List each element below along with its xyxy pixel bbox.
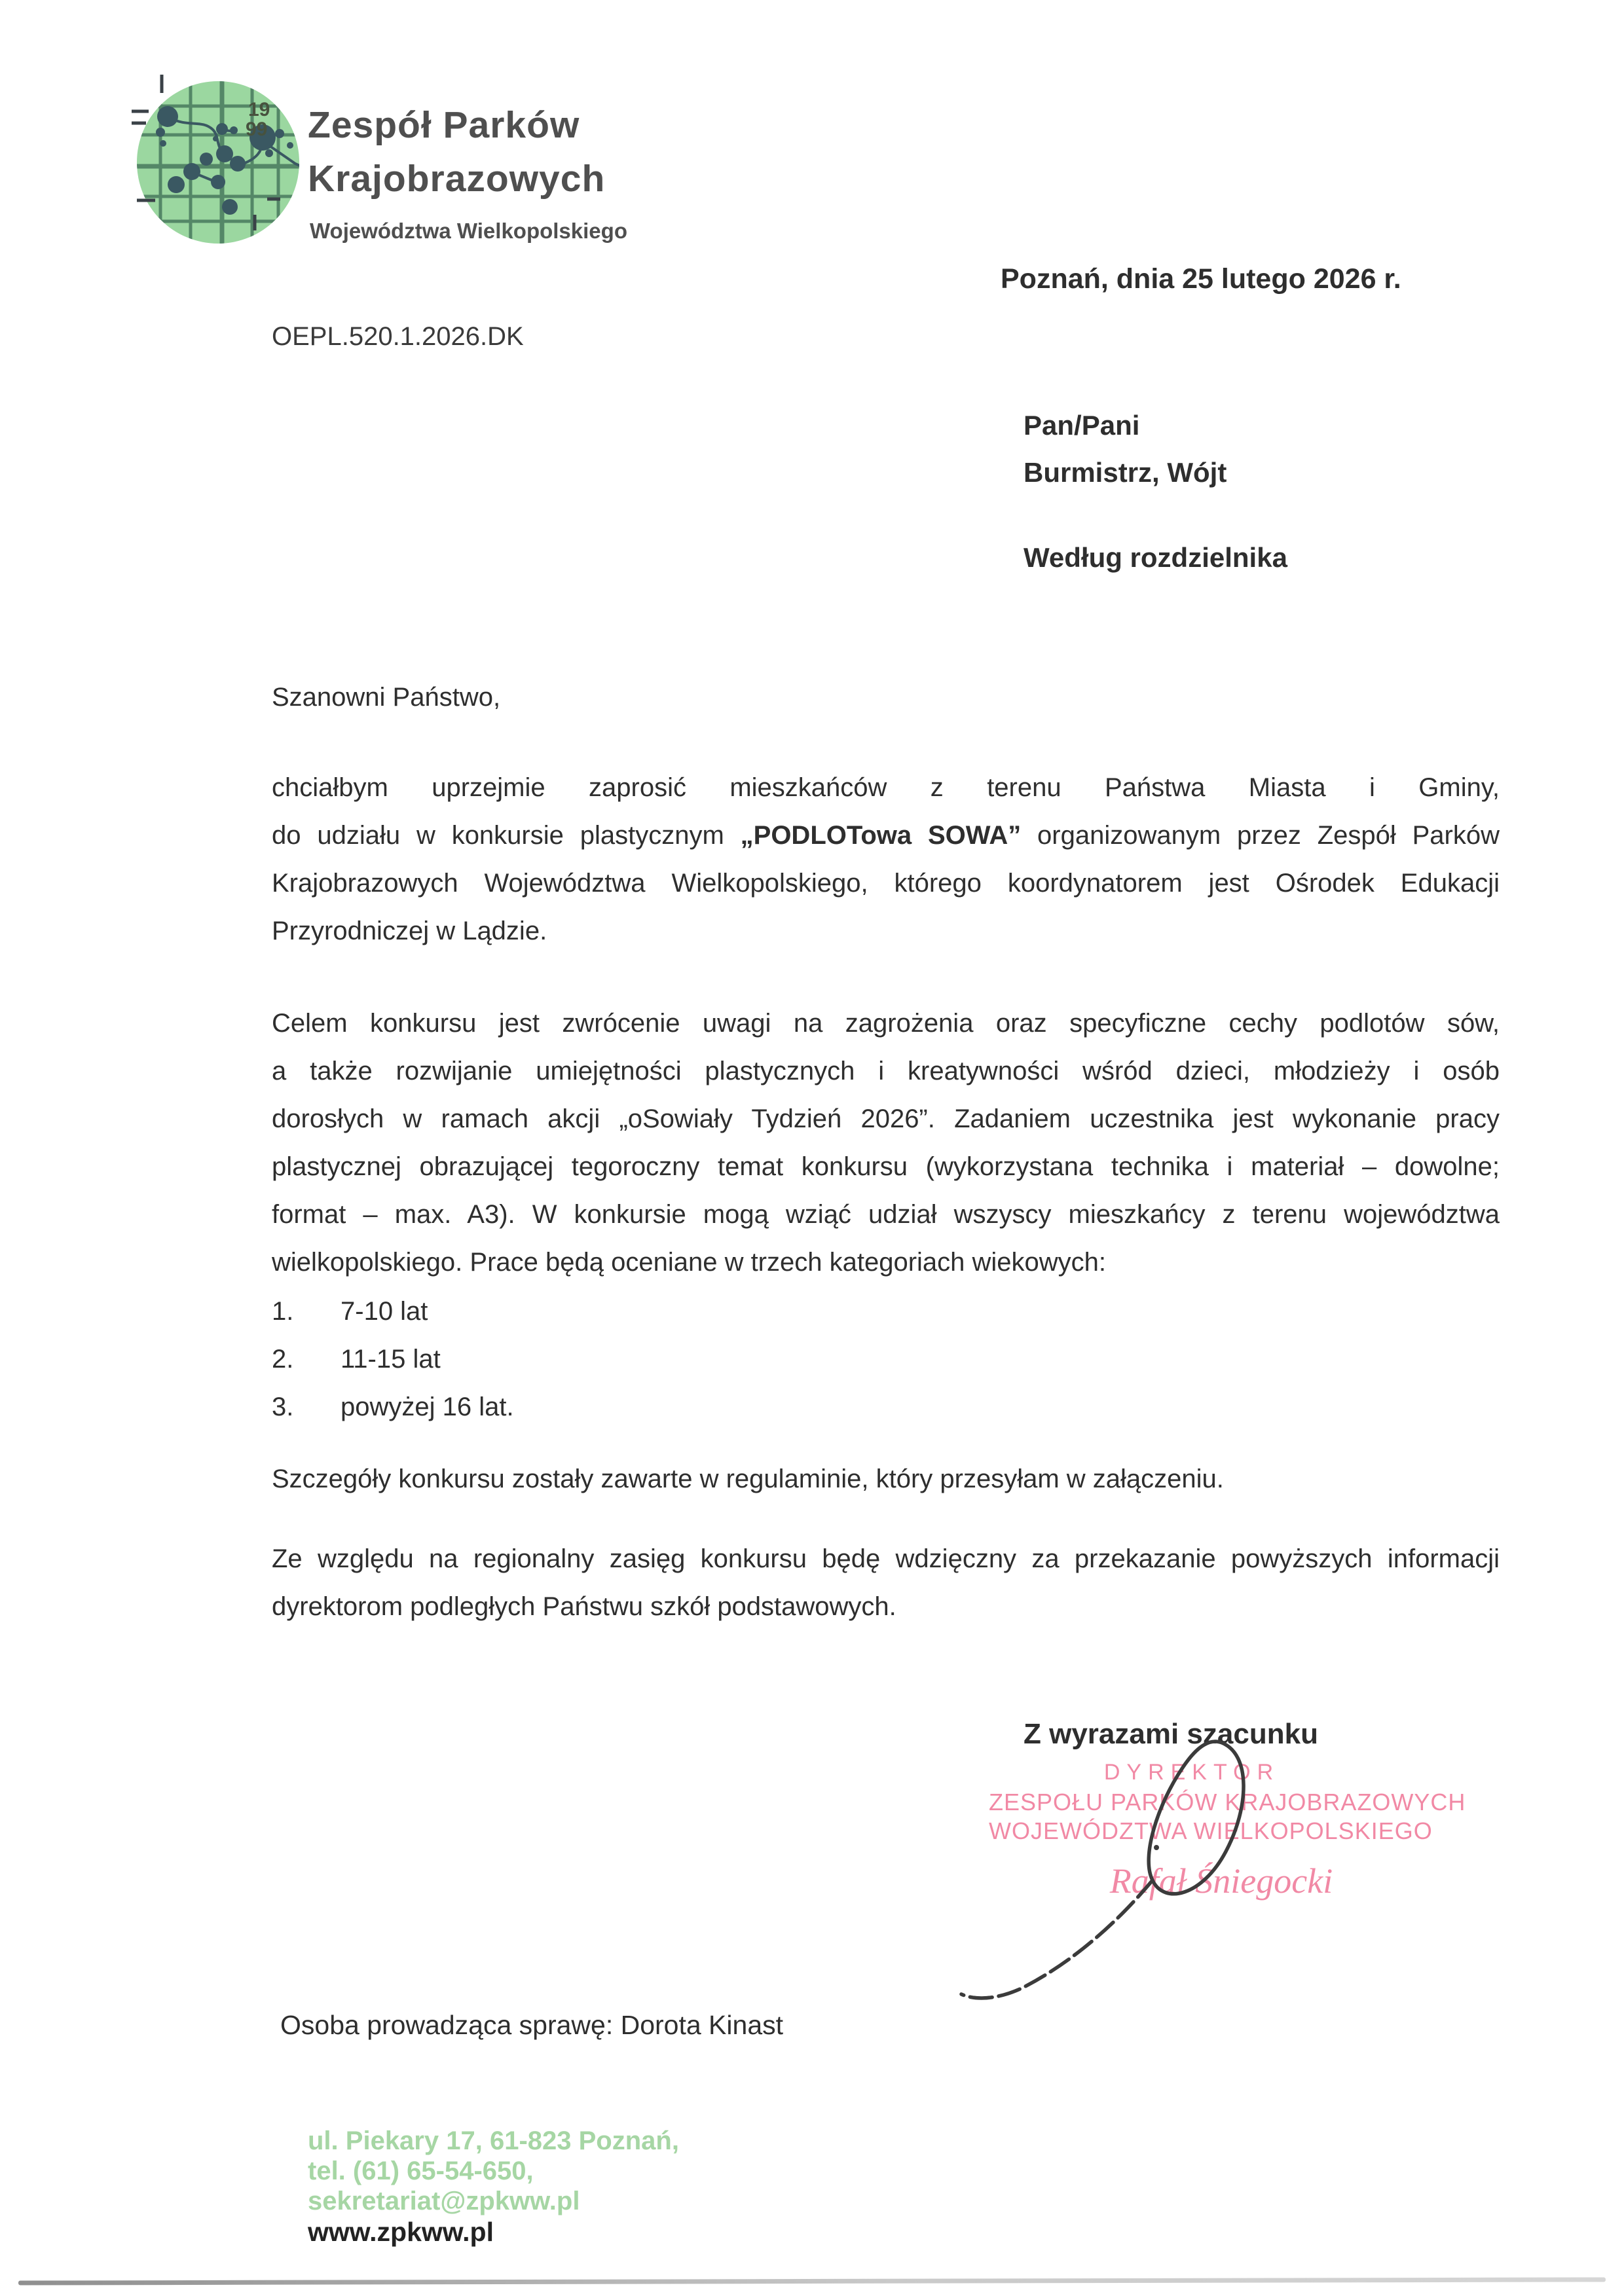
signature-stroke — [961, 1741, 1244, 1998]
footer-address: ul. Piekary 17, 61-823 Poznań, — [308, 2126, 679, 2156]
scanned-letter-page: 19 99 Zespół Parków Krajobrazowych Wojew… — [0, 0, 1624, 2296]
case-officer: Osoba prowadząca sprawę: Dorota Kinast — [280, 2010, 783, 2041]
footer-email: sekretariat@zpkww.pl — [308, 2187, 580, 2216]
handwritten-signature — [0, 0, 1624, 2296]
footer-website: www.zpkww.pl — [308, 2217, 494, 2248]
footer-phone: tel. (61) 65-54-650, — [308, 2157, 534, 2186]
signature-ink-dot — [1154, 1845, 1159, 1850]
